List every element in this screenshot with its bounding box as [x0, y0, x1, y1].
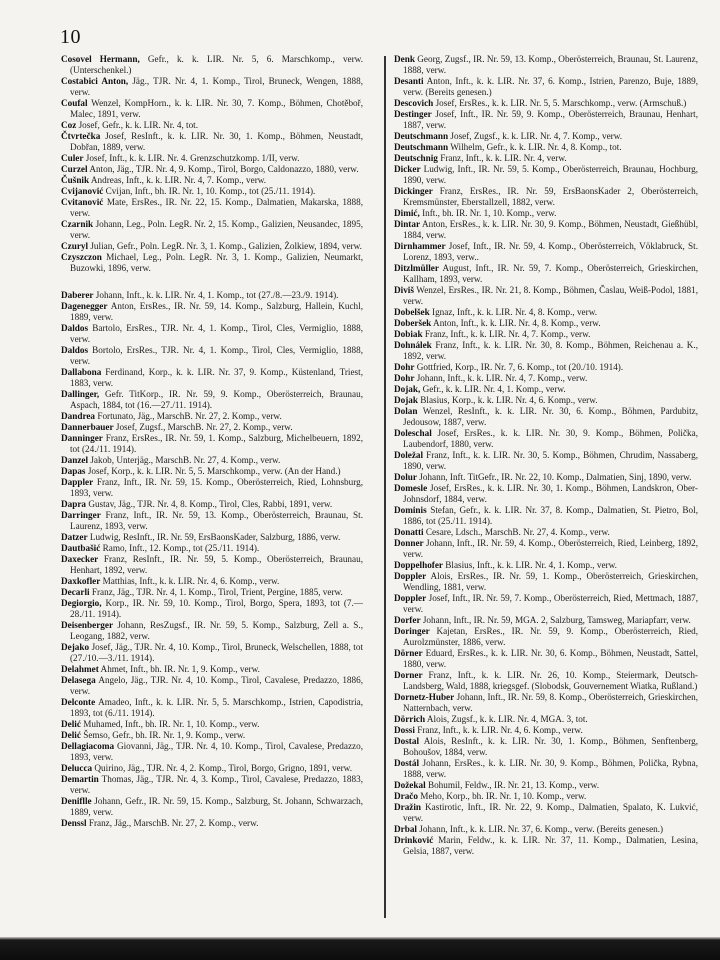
list-item: Danninger Franz, ErsRes., IR. Nr. 59, 1.…	[61, 433, 363, 455]
entry-surname: Daberer	[61, 290, 93, 300]
entry-details: Franz, Inft., k. k. LIR. Nr. 4, 7. Komp.…	[423, 329, 591, 339]
entry-surname: Cvijanović	[61, 186, 103, 196]
list-item: Desanti Anton, Inft., k. k. LIR. Nr. 37,…	[394, 76, 698, 98]
list-item: Daxecker Franz, ResInft., IR. Nr. 59, 5.…	[61, 554, 363, 576]
list-item: Denssl Franz, Jäg., MarschB. Nr. 27, 2. …	[61, 818, 363, 829]
entry-details: Josef, Zugsf., k. k. LIR. Nr. 4, 7. Komp…	[448, 131, 622, 141]
entry-details: Stefan, Gefr., k. k. LIR. Nr. 37, 8. Kom…	[403, 505, 698, 526]
entry-surname: Dirnhammer	[394, 241, 446, 251]
list-item: Doringer Kajetan, ErsRes., IR. Nr. 59, 9…	[394, 626, 698, 648]
entry-surname: Doringer	[394, 626, 430, 636]
list-item: Demartin Thomas, Jäg., TJR. Nr. 4, 3. Ko…	[61, 774, 363, 796]
list-item: Dolan Wenzel, ResInft., k. k. LIR. Nr. 3…	[394, 406, 698, 428]
entry-details: Anton, Jäg., TJR. Nr. 4, 9. Komp., Tirol…	[88, 164, 359, 174]
entry-details: Matthias, Inft., k. k. LIR. Nr. 4, 6. Ko…	[100, 576, 279, 586]
entry-surname: Dapas	[61, 466, 86, 476]
list-item: Dickinger Franz, ErsRes., IR. Nr. 59, Er…	[394, 186, 698, 208]
entry-details: Anton, Inft., k. k. LIR. Nr. 37, 6. Komp…	[403, 76, 698, 97]
list-item: Daberer Johann, Inft., k. k. LIR. Nr. 4,…	[61, 290, 363, 301]
entry-details: Johann, Inft., IR. Nr. 59, 4. Komp., Obe…	[403, 538, 698, 559]
entry-details: Blasius, Inft., k. k. LIR. Nr. 4, 1. Kom…	[443, 560, 617, 570]
entry-surname: Cvitanović	[61, 197, 103, 207]
entry-surname: Coufal	[61, 98, 88, 108]
list-item: Dohr Johann, Inft., k. k. LIR. Nr. 4, 7.…	[394, 373, 698, 384]
entry-surname: Dagenegger	[61, 301, 107, 311]
entry-details: Franz, Inft., IR. Nr. 59, 15. Komp., Obe…	[70, 477, 363, 498]
list-item: Dostál Johann, ErsRes., k. k. LIR. Nr. 3…	[394, 758, 698, 780]
entry-surname: Ditzlmüller	[394, 263, 439, 273]
list-item: Delconte Amadeo, Inft., k. k. LIR. Nr. 5…	[61, 697, 363, 719]
list-item: Dossi Franz, Inft., k. k. LIR. Nr. 4, 6.…	[394, 725, 698, 736]
entry-surname: Dohr	[394, 362, 414, 372]
entry-surname: Delić	[61, 719, 81, 729]
list-item: Dirnhammer Josef, Inft., IR. Nr. 59, 4. …	[394, 241, 698, 263]
list-item: Deutschmann Wilhelm, Gefr., k. k. LIR. N…	[394, 142, 698, 153]
entry-surname: Denssl	[61, 818, 87, 828]
list-item: Destinger Josef, Inft., IR. Nr. 59, 9. K…	[394, 109, 698, 131]
entry-details: Franz, Inft., k. k. LIR. Nr. 26, 10. Kom…	[403, 670, 698, 691]
list-item: Czyszczon Michael, Leg., Poln. LegR. Nr.…	[61, 252, 363, 274]
entry-surname: Dračo	[394, 791, 418, 801]
list-item: Delić Muhamed, Inft., bh. IR. Nr. 1, 10.…	[61, 719, 363, 730]
entry-details: Josef, Zugsf., MarschB. Nr. 27, 2. Komp.…	[114, 422, 293, 432]
entry-surname: Doleschal	[394, 428, 432, 438]
list-item: Dagenegger Anton, ErsRes., IR. Nr. 59, 1…	[61, 301, 363, 323]
entry-details: Franz, Inft., IR. Nr. 59, 13. Komp., Obe…	[70, 510, 363, 531]
entry-details: Bortolo, ErsRes., TJR. Nr. 4, 1. Komp., …	[70, 345, 363, 366]
entry-surname: Dolur	[394, 472, 417, 482]
entry-details: Johann, Inft., k. k. LIR. Nr. 4, 7. Komp…	[414, 373, 587, 383]
entry-details: Ignaz, Inft., k. k. LIR. Nr. 4, 8. Komp.…	[430, 307, 597, 317]
entry-details: Inft., bh. IR. Nr. 1, 10. Komp., verw.	[420, 208, 557, 218]
entry-details: Josef, Korp., k. k. LIR. Nr. 5, 5. Marsc…	[86, 466, 341, 476]
entry-surname: Datzer	[61, 532, 88, 542]
list-item: Curzel Anton, Jäg., TJR. Nr. 4, 9. Komp.…	[61, 164, 363, 175]
entry-surname: Dimić,	[394, 208, 420, 218]
entry-details: Bohumil, Feldw., IR. Nr. 21, 13. Komp., …	[426, 780, 599, 790]
entry-details: Josef, Jäg., TJR. Nr. 4, 10. Komp., Tiro…	[70, 642, 363, 663]
entry-surname: Doležal	[394, 450, 423, 460]
entry-details: Johann, Inft. TitGefr., IR. Nr. 22, 10. …	[417, 472, 692, 482]
entry-surname: Deniflle	[61, 796, 92, 806]
entry-surname: Destinger	[394, 109, 432, 119]
entry-details: Franz, Jäg., TJR. Nr. 4, 1. Komp., Tirol…	[90, 587, 343, 597]
entry-details: Josef, ErsRes., k. k. LIR. Nr. 5, 5. Mar…	[433, 98, 686, 108]
entry-surname: Domesle	[394, 483, 427, 493]
entry-surname: Culer	[61, 153, 83, 163]
entry-surname: Dappler	[61, 477, 93, 487]
entry-details: Blasius, Korp., k. k. LIR. Nr. 4, 6. Kom…	[418, 395, 598, 405]
entry-details: Ramo, Inft., 12. Komp., tot (25./11. 191…	[100, 543, 259, 553]
entry-details: Alois, Zugsf., k. k. LIR. Nr. 4, MGA. 3,…	[425, 714, 588, 724]
list-item: Dapra Gustav, Jäg., TJR. Nr. 4, 8. Komp.…	[61, 499, 363, 510]
list-item: Dojak, Gefr., k. k. LIR. Nr. 4, 1. Komp.…	[394, 384, 698, 395]
entry-details: Franz, ErsRes., IR. Nr. 59, 1. Komp., Sa…	[70, 433, 363, 454]
list-item: Dandrea Fortunato, Jäg., MarschB. Nr. 27…	[61, 411, 363, 422]
entry-details: Johann, ErsRes., k. k. LIR. Nr. 30, 9. K…	[403, 758, 698, 779]
entry-details: Josef, ErsRes., k. k. LIR. Nr. 30, 1. Ko…	[403, 483, 698, 504]
entry-details: Anton, ErsRes., IR. Nr. 59, 14. Komp., S…	[70, 301, 363, 322]
entry-surname: Daldos	[61, 323, 88, 333]
list-item: Delucca Quirino, Jäg., TJR. Nr. 4, 2. Ko…	[61, 763, 363, 774]
entry-surname: Dojak,	[394, 384, 420, 394]
list-item: Deisenberger Johann, ResZugsf., IR. Nr. …	[61, 620, 363, 642]
entry-details: Franz, Inft., k. k. LIR. Nr. 4, 6. Komp.…	[415, 725, 583, 735]
entry-surname: Denk	[394, 54, 415, 64]
entry-surname: Dobiak	[394, 329, 423, 339]
list-item: Daxkofler Matthias, Inft., k. k. LIR. Nr…	[61, 576, 363, 587]
list-item: Czuryl Julian, Gefr., Poln. LegR. Nr. 3,…	[61, 241, 363, 252]
list-item: Doppler Alois, ErsRes., IR. Nr. 59, 1. K…	[394, 571, 698, 593]
entry-surname: Čtvrtečka	[61, 131, 100, 141]
left-column: Cosovel Hermann, Gefr., k. k. LIR. Nr. 5…	[61, 54, 363, 829]
entry-surname: Dostál	[394, 758, 419, 768]
entry-details: Josef, Inft., IR. Nr. 59, 4. Komp., Ober…	[403, 241, 698, 262]
entry-surname: Doppler	[394, 593, 426, 603]
list-item: Daldos Bartolo, ErsRes., TJR. Nr. 4, 1. …	[61, 323, 363, 345]
entry-surname: Dohnálek	[394, 340, 432, 350]
entry-details: Cesare, Ldsch., MarschB. Nr. 27, 4. Komp…	[424, 527, 610, 537]
entry-details: Ferdinand, Korp., k. k. LIR. Nr. 37, 9. …	[70, 367, 363, 388]
entry-details: Wilhelm, Gefr., k. k. LIR. Nr. 4, 8. Kom…	[448, 142, 622, 152]
entry-surname: Dörner	[394, 648, 423, 658]
entry-details: Franz, Inft., k. k. LIR. Nr. 30, 8. Komp…	[403, 340, 698, 361]
list-item: Dobiak Franz, Inft., k. k. LIR. Nr. 4, 7…	[394, 329, 698, 340]
entry-surname: Dominis	[394, 505, 427, 515]
entry-surname: Dickinger	[394, 186, 433, 196]
list-item: Decarli Franz, Jäg., TJR. Nr. 4, 1. Komp…	[61, 587, 363, 598]
column-divider	[384, 56, 386, 918]
list-item: Ditzlmüller August, Inft., IR. Nr. 59, 7…	[394, 263, 698, 285]
entry-details: Mate, ErsRes., IR. Nr. 22, 15. Komp., Da…	[70, 197, 363, 218]
entry-surname: Dellagiacoma	[61, 741, 114, 751]
entry-details: Wenzel, ResInft., k. k. LIR. Nr. 30, 6. …	[403, 406, 698, 427]
entry-details: Šemso, Gefr., bh. IR. Nr. 1, 9. Komp., v…	[81, 730, 245, 740]
entry-surname: Deisenberger	[61, 620, 113, 630]
list-item: Cosovel Hermann, Gefr., k. k. LIR. Nr. 5…	[61, 54, 363, 76]
entry-surname: Doberšek	[394, 318, 431, 328]
entry-surname: Dojak	[394, 395, 418, 405]
entry-surname: Demartin	[61, 774, 99, 784]
entry-details: Johann, Leg., Poln. LegR. Nr. 2, 15. Kom…	[70, 219, 363, 240]
entry-surname: Dorfer	[394, 615, 421, 625]
entry-details: Johann, Inft., IR. Nr. 59, MGA. 2, Salzb…	[421, 615, 691, 625]
entry-surname: Desanti	[394, 76, 424, 86]
entry-surname: Dicker	[394, 164, 421, 174]
entry-surname: Dražin	[394, 802, 421, 812]
entry-surname: Danninger	[61, 433, 103, 443]
entry-surname: Czarnik	[61, 219, 93, 229]
entry-details: Gottfried, Korp., IR. Nr. 7, 6. Komp., t…	[414, 362, 623, 372]
list-item: Diviš Wenzel, ErsRes., IR. Nr. 21, 8. Ko…	[394, 285, 698, 307]
entry-details: Josef, Gefr., k. k. LIR. Nr. 4, tot.	[76, 120, 198, 130]
list-item: Deutschnig Franz, Inft., k. k. LIR. Nr. …	[394, 153, 698, 164]
entry-surname: Dörrich	[394, 714, 425, 724]
list-item: Drbal Johann, Inft., k. k. LIR. Nr. 37, …	[394, 824, 698, 835]
list-item: Doleschal Josef, ErsRes., k. k. LIR. Nr.…	[394, 428, 698, 450]
list-item: Doležal Franz, Inft., k. k. LIR. Nr. 30,…	[394, 450, 698, 472]
entry-surname: Donatti	[394, 527, 424, 537]
entry-surname: Delahmet	[61, 664, 99, 674]
list-item: Dörrich Alois, Zugsf., k. k. LIR. Nr. 4,…	[394, 714, 698, 725]
list-item: Culer Josef, Inft., k. k. LIR. Nr. 4. Gr…	[61, 153, 363, 164]
entry-surname: Doppler	[394, 571, 426, 581]
entry-details: Anton, ErsRes., k. k. LIR. Nr. 30, 9. Ko…	[403, 219, 698, 240]
scan-bottom-edge	[0, 937, 720, 960]
entry-surname: Dožekal	[394, 780, 426, 790]
entry-details: Franz, Inft., k. k. LIR. Nr. 4, verw.	[438, 153, 567, 163]
list-item: Deutschmann Josef, Zugsf., k. k. LIR. Nr…	[394, 131, 698, 142]
entry-surname: Dallabona	[61, 367, 101, 377]
list-item: Delić Šemso, Gefr., bh. IR. Nr. 1, 9. Ko…	[61, 730, 363, 741]
list-item: Dallinger, Gefr. TitKorp., IR. Nr. 59, 9…	[61, 389, 363, 411]
entry-surname: Dannerbauer	[61, 422, 114, 432]
page-number: 10	[60, 26, 81, 49]
entry-details: Kajetan, ErsRes., IR. Nr. 59, 9. Komp., …	[403, 626, 698, 647]
entry-details: Josef, Inft., IR. Nr. 59, 7. Komp., Ober…	[403, 593, 698, 614]
entry-details: Johann, ResZugsf., IR. Nr. 59, 5. Komp.,…	[70, 620, 363, 641]
list-item: Dožekal Bohumil, Feldw., IR. Nr. 21, 13.…	[394, 780, 698, 791]
entry-details: August, Inft., IR. Nr. 59, 7. Komp., Obe…	[403, 263, 698, 284]
entry-details: Giovanni, Jäg., TJR. Nr. 4, 10. Komp., T…	[70, 741, 363, 762]
list-item: Domesle Josef, ErsRes., k. k. LIR. Nr. 3…	[394, 483, 698, 505]
entry-surname: Delić	[61, 730, 81, 740]
entry-details: Franz, Inft., k. k. LIR. Nr. 30, 5. Komp…	[403, 450, 698, 471]
entry-details: Alois, ErsRes., IR. Nr. 59, 1. Komp., Ob…	[403, 571, 698, 592]
entry-details: Bartolo, ErsRes., TJR. Nr. 4, 1. Komp., …	[70, 323, 363, 344]
list-item: Degiorgio, Korp., IR. Nr. 59, 10. Komp.,…	[61, 598, 363, 620]
list-item: Dostal Alois, ResInft., k. k. LIR. Nr. 3…	[394, 736, 698, 758]
entry-surname: Dallinger,	[61, 389, 99, 399]
list-item: Dejako Josef, Jäg., TJR. Nr. 4, 10. Komp…	[61, 642, 363, 664]
list-item: Cvitanović Mate, ErsRes., IR. Nr. 22, 15…	[61, 197, 363, 219]
entry-surname: Danzel	[61, 455, 88, 465]
entry-surname: Dorner	[394, 670, 423, 680]
entry-surname: Dornetz-Huber	[394, 692, 454, 702]
entry-details: Ludwig, ResInft., IR. Nr. 59, ErsBaonsKa…	[88, 532, 341, 542]
entry-details: Johann, Gefr., IR. Nr. 59, 15. Komp., Sa…	[70, 796, 363, 817]
list-item: Dintar Anton, ErsRes., k. k. LIR. Nr. 30…	[394, 219, 698, 241]
entry-surname: Dossi	[394, 725, 415, 735]
list-item: Danzel Jakob, Unterjäg., MarschB. Nr. 27…	[61, 455, 363, 466]
entry-details: Josef, Inft., IR. Nr. 59, 9. Komp., Ober…	[403, 109, 698, 130]
list-item: Dicker Ludwig, Inft., IR. Nr. 59, 5. Kom…	[394, 164, 698, 186]
entry-details: Fortunato, Jäg., MarschB. Nr. 27, 2. Kom…	[95, 411, 282, 421]
entry-surname: Čušnik	[61, 175, 89, 185]
entry-surname: Diviš	[394, 285, 414, 295]
entry-details: Michael, Leg., Poln. LegR. Nr. 3, 1. Kom…	[70, 252, 363, 273]
entry-details: Julian, Gefr., Poln. LegR. Nr. 3, 1. Kom…	[88, 241, 362, 251]
entry-surname: Deutschmann	[394, 142, 448, 152]
entry-details: Johann, Inft., k. k. LIR. Nr. 4, 1. Komp…	[93, 290, 338, 300]
entry-details: Amadeo, Inft., k. k. LIR. Nr. 5, 5. Mars…	[70, 697, 363, 718]
list-item: Deniflle Johann, Gefr., IR. Nr. 59, 15. …	[61, 796, 363, 818]
right-column: Denk Georg, Zugsf., IR. Nr. 59, 13. Komp…	[394, 54, 698, 857]
list-item: Datzer Ludwig, ResInft., IR. Nr. 59, Ers…	[61, 532, 363, 543]
list-item: Dorner Franz, Inft., k. k. LIR. Nr. 26, …	[394, 670, 698, 692]
list-item: Coufal Wenzel, KompHorn., k. k. LIR. Nr.…	[61, 98, 363, 120]
entry-details: Korp., IR. Nr. 59, 10. Komp., Tirol, Bor…	[70, 598, 363, 619]
entry-details: Quirino, Jäg., TJR. Nr. 4, 2. Komp., Tir…	[92, 763, 352, 773]
entry-surname: Dostal	[394, 736, 419, 746]
entry-surname: Delucca	[61, 763, 92, 773]
list-item: Dorfer Johann, Inft., IR. Nr. 59, MGA. 2…	[394, 615, 698, 626]
list-item: Dohr Gottfried, Korp., IR. Nr. 7, 6. Kom…	[394, 362, 698, 373]
scanned-page: 10 Cosovel Hermann, Gefr., k. k. LIR. Nr…	[0, 0, 720, 960]
entry-surname: Curzel	[61, 164, 88, 174]
list-item: Doberšek Anton, Inft., k. k. LIR. Nr. 4,…	[394, 318, 698, 329]
entry-details: Eduard, ErsRes., k. k. LIR. Nr. 30, 6. K…	[403, 648, 698, 669]
entry-details: Cvijan, Inft., bh. IR. Nr. 1, 10. Komp.,…	[103, 186, 315, 196]
list-item: Cvijanović Cvijan, Inft., bh. IR. Nr. 1,…	[61, 186, 363, 197]
entry-details: Franz, ResInft., IR. Nr. 59, 5. Komp., O…	[70, 554, 363, 575]
entry-surname: Dobelšek	[394, 307, 430, 317]
entry-details: Gefr., k. k. LIR. Nr. 4, 1. Komp., verw.	[420, 384, 565, 394]
entry-details: Josef, ResInft., k. k. LIR. Nr. 30, 1. K…	[70, 131, 363, 152]
list-item: Čtvrtečka Josef, ResInft., k. k. LIR. Nr…	[61, 131, 363, 153]
entry-surname: Costabici Anton,	[61, 76, 128, 86]
list-item: Dražin Kastirotic, Inft., IR. Nr. 22, 9.…	[394, 802, 698, 824]
entry-details: Anton, Inft., k. k. LIR. Nr. 4, 8. Komp.…	[431, 318, 600, 328]
entry-surname: Decarli	[61, 587, 90, 597]
entry-surname: Drbal	[394, 824, 417, 834]
entry-surname: Cosovel Hermann,	[61, 54, 140, 64]
list-item: Dobelšek Ignaz, Inft., k. k. LIR. Nr. 4,…	[394, 307, 698, 318]
entry-details: Georg, Zugsf., IR. Nr. 59, 13. Komp., Ob…	[403, 54, 698, 75]
list-item: Dappler Franz, Inft., IR. Nr. 59, 15. Ko…	[61, 477, 363, 499]
entry-details: Andreas, Inft., k. k. LIR. Nr. 4, 7. Kom…	[89, 175, 266, 185]
list-item: Doppler Josef, Inft., IR. Nr. 59, 7. Kom…	[394, 593, 698, 615]
entry-surname: Dolan	[394, 406, 418, 416]
entry-details: Wenzel, KompHorn., k. k. LIR. Nr. 30, 7.…	[70, 98, 363, 119]
entry-surname: Delconte	[61, 697, 95, 707]
entry-surname: Degiorgio,	[61, 598, 102, 608]
entry-details: Marin, Feldw., k. k. LIR. Nr. 37, 11. Ko…	[403, 835, 698, 856]
entry-details: Ludwig, Inft., IR. Nr. 59, 5. Komp., Obe…	[403, 164, 698, 185]
entry-surname: Coz	[61, 120, 76, 130]
entry-details: Ahmet, Inft., bh. IR. Nr. 1, 9. Komp., v…	[99, 664, 260, 674]
entry-details: Franz, ErsRes., IR. Nr. 59, ErsBaonsKade…	[403, 186, 698, 207]
list-item: Drinković Marin, Feldw., k. k. LIR. Nr. …	[394, 835, 698, 857]
list-item: Dimić, Inft., bh. IR. Nr. 1, 10. Komp., …	[394, 208, 698, 219]
list-item: Delasega Angelo, Jäg., TJR. Nr. 4, 10. K…	[61, 675, 363, 697]
entry-surname: Dohr	[394, 373, 414, 383]
list-item: Dominis Stefan, Gefr., k. k. LIR. Nr. 37…	[394, 505, 698, 527]
entry-surname: Doppelhofer	[394, 560, 443, 570]
list-item: Denk Georg, Zugsf., IR. Nr. 59, 13. Komp…	[394, 54, 698, 76]
entry-surname: Donner	[394, 538, 424, 548]
list-item: Dautbašić Ramo, Inft., 12. Komp., tot (2…	[61, 543, 363, 554]
list-item: Dallabona Ferdinand, Korp., k. k. LIR. N…	[61, 367, 363, 389]
list-item: Dörner Eduard, ErsRes., k. k. LIR. Nr. 3…	[394, 648, 698, 670]
entry-surname: Darringer	[61, 510, 101, 520]
entry-details: Alois, ResInft., k. k. LIR. Nr. 30, 1. K…	[403, 736, 698, 757]
entry-surname: Drinković	[394, 835, 433, 845]
list-item: Čušnik Andreas, Inft., k. k. LIR. Nr. 4,…	[61, 175, 363, 186]
entry-surname: Daldos	[61, 345, 88, 355]
entry-surname: Deutschnig	[394, 153, 438, 163]
entry-details: Thomas, Jäg., TJR. Nr. 4, 3. Komp., Tiro…	[70, 774, 363, 795]
entry-details: Josef, ErsRes., k. k. LIR. Nr. 30, 9. Ko…	[403, 428, 698, 449]
list-item: Dannerbauer Josef, Zugsf., MarschB. Nr. …	[61, 422, 363, 433]
entry-surname: Descovich	[394, 98, 433, 108]
entry-details: Muhamed, Inft., bh. IR. Nr. 1, 10. Komp.…	[81, 719, 260, 729]
entry-surname: Dapra	[61, 499, 86, 509]
entry-surname: Dandrea	[61, 411, 95, 421]
entry-details: Kastirotic, Inft., IR. Nr. 22, 9. Komp.,…	[403, 802, 698, 823]
list-item: Dornetz-Huber Johann, Inft., IR. Nr. 59,…	[394, 692, 698, 714]
entry-details: Jakob, Unterjäg., MarschB. Nr. 27, 4. Ko…	[88, 455, 280, 465]
entry-surname: Delasega	[61, 675, 96, 685]
entry-surname: Daxecker	[61, 554, 98, 564]
entry-surname: Czyszczon	[61, 252, 102, 262]
list-item: Costabici Anton, Jäg., TJR. Nr. 4, 1. Ko…	[61, 76, 363, 98]
list-item: Daldos Bortolo, ErsRes., TJR. Nr. 4, 1. …	[61, 345, 363, 367]
list-item: Donatti Cesare, Ldsch., MarschB. Nr. 27,…	[394, 527, 698, 538]
entry-surname: Deutschmann	[394, 131, 448, 141]
entry-surname: Dejako	[61, 642, 89, 652]
entry-details: Wenzel, ErsRes., IR. Nr. 21, 8. Komp., B…	[403, 285, 698, 306]
entry-details: Meho, Korp., bh. IR. Nr. 1, 10. Komp., v…	[418, 791, 586, 801]
list-item: Dellagiacoma Giovanni, Jäg., TJR. Nr. 4,…	[61, 741, 363, 763]
list-item: Descovich Josef, ErsRes., k. k. LIR. Nr.…	[394, 98, 698, 109]
entry-details: Angelo, Jäg., TJR. Nr. 4, 10. Komp., Tir…	[70, 675, 363, 696]
list-item: Czarnik Johann, Leg., Poln. LegR. Nr. 2,…	[61, 219, 363, 241]
list-item: Doppelhofer Blasius, Inft., k. k. LIR. N…	[394, 560, 698, 571]
list-item: Dapas Josef, Korp., k. k. LIR. Nr. 5, 5.…	[61, 466, 363, 477]
entry-details: Gefr. TitKorp., IR. Nr. 59, 9. Komp., Ob…	[70, 389, 363, 410]
list-item: Dojak Blasius, Korp., k. k. LIR. Nr. 4, …	[394, 395, 698, 406]
entry-details: Johann, Inft., k. k. LIR. Nr. 37, 6. Kom…	[417, 824, 663, 834]
entry-surname: Dintar	[394, 219, 420, 229]
entry-details: Josef, Inft., k. k. LIR. Nr. 4. Grenzsch…	[83, 153, 299, 163]
list-item: Coz Josef, Gefr., k. k. LIR. Nr. 4, tot.	[61, 120, 363, 131]
entry-details: Franz, Jäg., MarschB. Nr. 27, 2. Komp., …	[87, 818, 259, 828]
list-item: Donner Johann, Inft., IR. Nr. 59, 4. Kom…	[394, 538, 698, 560]
entry-details: Gustav, Jäg., TJR. Nr. 4, 8. Komp., Tiro…	[86, 499, 332, 509]
entry-surname: Czuryl	[61, 241, 88, 251]
entry-surname: Daxkofler	[61, 576, 100, 586]
entry-surname: Dautbašić	[61, 543, 100, 553]
list-item: Delahmet Ahmet, Inft., bh. IR. Nr. 1, 9.…	[61, 664, 363, 675]
list-item: Dolur Johann, Inft. TitGefr., IR. Nr. 22…	[394, 472, 698, 483]
list-item: Dračo Meho, Korp., bh. IR. Nr. 1, 10. Ko…	[394, 791, 698, 802]
list-item: Darringer Franz, Inft., IR. Nr. 59, 13. …	[61, 510, 363, 532]
list-item: Dohnálek Franz, Inft., k. k. LIR. Nr. 30…	[394, 340, 698, 362]
